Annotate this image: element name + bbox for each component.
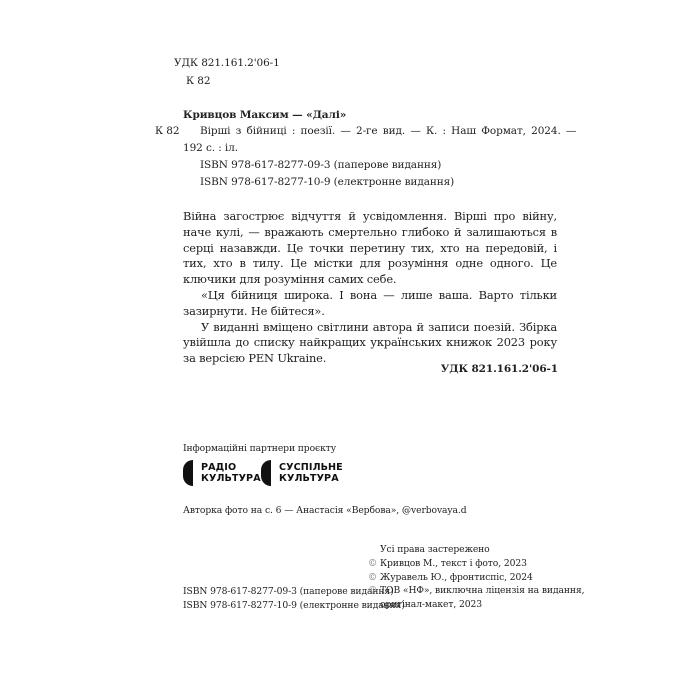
copyright-item-continuation: оригінал-макет, 2023 — [380, 598, 482, 612]
catalog-line-1: Вірші з бійниці : поезії. — 2-ге вид. — … — [200, 124, 576, 138]
partner-logo-line-1: РАДІО — [201, 462, 261, 474]
copyright-icon: © — [368, 571, 380, 585]
copyright-icon: © — [368, 584, 380, 598]
catalog-heading: Кривцов Максим — «Далі» — [183, 108, 346, 122]
author-mark-top: К 82 — [186, 74, 210, 88]
book-imprint-page: УДК 821.161.2'06-1 К 82 Кривцов Максим —… — [0, 0, 700, 700]
copyright-block: Усі права застережено © Кривцов М., текс… — [368, 543, 584, 612]
partner-logo-line-1: СУСПІЛЬНЕ — [279, 462, 343, 474]
annotation-paragraph-3: У виданні вміщено світлини автора й запи… — [183, 320, 557, 367]
partners-label: Інформаційні партнери проєкту — [183, 442, 336, 456]
catalog-side-mark: К 82 — [155, 124, 179, 138]
annotation: Війна загострює відчуття й усвідомлення.… — [183, 209, 557, 367]
isbn-paper-bottom: ISBN 978-617-8277-09-3 (паперове видання… — [183, 585, 394, 599]
partner-logo-suspilne-kultura: СУСПІЛЬНЕ КУЛЬТУРА — [261, 460, 343, 486]
partner-logo-line-2: КУЛЬТУРА — [279, 473, 343, 485]
photo-credit: Авторка фото на с. 6 — Анастасія «Вербов… — [183, 504, 467, 518]
copyright-item: ТОВ «НФ», виключна ліцензія на видання, — [380, 584, 584, 598]
catalog-line-2: 192 с. : іл. — [183, 141, 238, 155]
partner-logo-radio-kultura: РАДІО КУЛЬТУРА — [183, 460, 261, 486]
catalog-isbn-electronic: ISBN 978-617-8277-10-9 (електронне видан… — [200, 175, 454, 189]
annotation-paragraph-2: «Ця бійниця широка. І вона — лише ваша. … — [183, 288, 557, 320]
copyright-item: Журавель Ю., фронтиспіс, 2024 — [380, 571, 533, 585]
catalog-isbn-paper: ISBN 978-617-8277-09-3 (паперове видання… — [200, 158, 441, 172]
copyright-item: Кривцов М., текст і фото, 2023 — [380, 557, 527, 571]
partner-logo-line-2: КУЛЬТУРА — [201, 473, 261, 485]
copyright-icon: © — [368, 557, 380, 571]
radio-kultura-logo-icon — [183, 460, 193, 486]
rights-title: Усі права застережено — [380, 543, 490, 557]
suspilne-kultura-logo-icon — [261, 460, 271, 486]
annotation-paragraph-1: Війна загострює відчуття й усвідомлення.… — [183, 209, 557, 288]
udk-code-bottom: УДК 821.161.2'06-1 — [441, 362, 558, 376]
udk-code-top: УДК 821.161.2'06-1 — [174, 56, 280, 70]
